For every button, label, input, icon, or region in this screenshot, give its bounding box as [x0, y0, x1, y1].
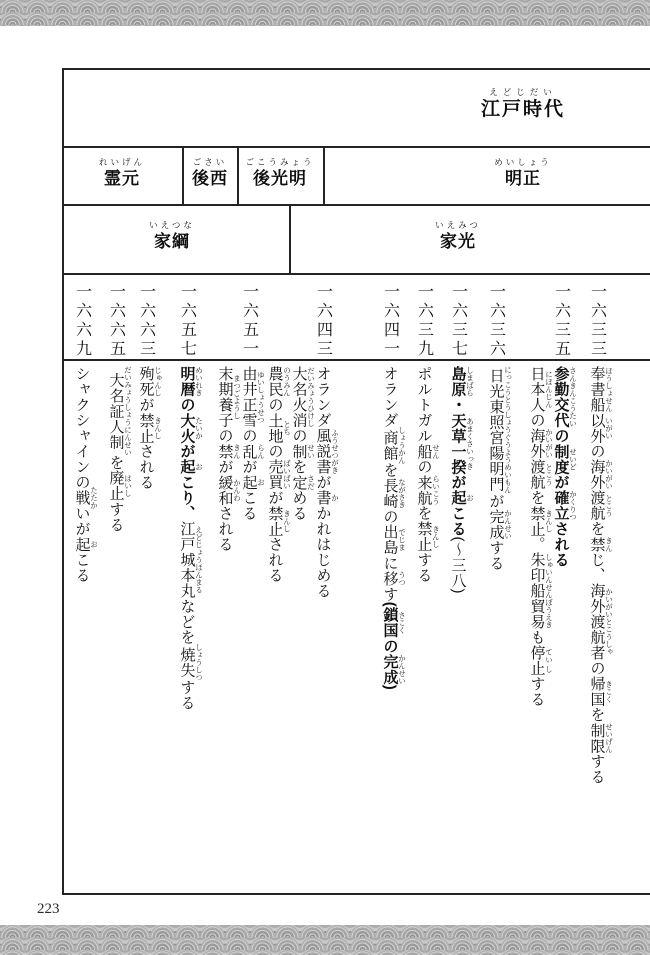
event-text-ruby: 廃止はいし: [108, 470, 125, 501]
emperor-label: 後光明: [253, 170, 307, 187]
timeline-entry: 一六三三奉書船ほうしょせん以外いがいの海外かいがい渡航とこうを禁きんじ、海外渡航…: [589, 278, 613, 890]
emperor-label: 明正: [505, 170, 541, 187]
event-text-ruby: 制度せいど: [553, 444, 570, 475]
event-text-ruby: 商館しょうかん: [382, 428, 399, 462]
event-text: こる: [241, 490, 258, 521]
event-text-ruby: 禁きん: [589, 537, 606, 553]
shogun-label: 家光: [440, 233, 476, 250]
event-text-ruby: 天草一揆あまくさいっき: [450, 413, 467, 475]
event-text-ruby: 売買ばいばい: [267, 459, 284, 490]
event-text: する: [108, 501, 125, 532]
event-text-ruby: 江戸城本丸えどじょうほんまる: [179, 521, 196, 599]
event-text-ruby: 渡航とこう: [529, 459, 546, 490]
emperor-divider-1: [182, 146, 184, 206]
event-text: する: [589, 754, 606, 785]
table-left-border: [62, 68, 64, 895]
event-text-ruby: 鎖国さこく: [382, 607, 399, 638]
event-text: する: [416, 552, 433, 583]
shogun-furigana: いえつな: [149, 221, 195, 230]
event-text: の: [416, 459, 433, 475]
event-text-ruby: 参勤交代さんきんこうたい: [553, 366, 570, 428]
emperor-divider-3: [323, 146, 325, 206]
emperor-furigana: めいしょう: [494, 158, 552, 167]
event-text-ruby: 帰国きこく: [589, 676, 606, 707]
event-text: する: [529, 676, 546, 707]
event-text: が: [450, 475, 467, 491]
year-label: 一六五七: [175, 278, 199, 366]
event-text-ruby: 長崎ながさき: [382, 478, 399, 509]
event-text: の: [291, 428, 308, 444]
event-text-ruby: 禁止きんし: [529, 506, 546, 537]
event-text: が: [315, 475, 332, 491]
event-text-ruby: 海外かいがい: [529, 428, 546, 459]
timeline-entry: 一六五一由井正雪ゆいしょうせつの乱らんが起おこる末期養子まつごようしの禁きんが緩…: [217, 278, 265, 890]
event-text: される: [138, 444, 155, 491]
year-label: 一六六九: [70, 278, 94, 366]
event-text-ruby: 起お: [179, 459, 196, 475]
event-text-ruby: 農民のうみん: [267, 366, 284, 397]
event-text: じ、: [589, 552, 606, 583]
event-text: を: [589, 707, 606, 723]
bottom-pattern-band: [0, 925, 650, 955]
event-text-ruby: 起お: [241, 475, 258, 491]
event-text: する: [488, 540, 505, 571]
top-pattern-band: [0, 0, 650, 26]
event-text-ruby: 書か: [315, 490, 332, 506]
event-text: などを: [179, 599, 196, 646]
event-text: される: [267, 537, 284, 584]
event-line: 一六六五大名証人制だいみょうしょうにんせいを廃止はいしする: [108, 278, 132, 890]
event-line: 一六四一オランダ商館しょうかんを長崎ながさきの出島でじまに移うつす(鎖国さこくの…: [382, 278, 406, 890]
event-line: 一六三六日光東照宮陽明門にっこうとうしょうぐうようめいもんが完成かんせいする: [488, 278, 512, 890]
event-text-ruby: 明暦めいれき: [179, 366, 196, 397]
event-text-ruby: 海外かいがい: [589, 459, 606, 490]
event-text: の: [179, 397, 196, 413]
event-text: が: [267, 490, 284, 506]
event-text: かれはじめる: [315, 506, 332, 599]
event-text: の: [589, 661, 606, 677]
period-furigana: えどじだい: [489, 88, 557, 97]
event-text: オランダ: [382, 366, 399, 428]
event-text: が: [553, 475, 570, 491]
timeline-entry: 一六四一オランダ商館しょうかんを長崎ながさきの出島でじまに移うつす(鎖国さこくの…: [382, 278, 406, 890]
event-text: こり、: [179, 475, 196, 522]
row-divider-emperor-shogun: [62, 204, 650, 206]
event-text: こる: [74, 552, 91, 583]
event-text: が: [241, 459, 258, 475]
period-label: 江戸時代: [481, 100, 565, 119]
row-divider-period-emperor: [62, 146, 650, 148]
event-text-ruby: 確立かくりつ: [553, 490, 570, 521]
year-label: 一六六三: [134, 278, 158, 366]
table-top-border: [62, 68, 650, 70]
event-text: される: [217, 506, 234, 553]
shogun-cell-ietsuna: いえつな 家綱: [149, 221, 195, 250]
event-line: 日本人にほんじんの海外かいがい渡航とこうを禁止きんし。朱印船貿易しゅいんせんぼう…: [529, 278, 553, 890]
event-text-ruby: 日本人にほんじん: [529, 366, 546, 413]
event-text-ruby: 朱印船貿易しゅいんせんぼうえき: [529, 552, 546, 630]
event-text: が: [488, 493, 505, 509]
event-text: を: [416, 506, 433, 522]
event-text-ruby: 停止てい し: [529, 645, 546, 676]
timeline-entry: 一六六九シャクシャインの戦たたかいが起おこる: [74, 278, 98, 890]
event-text-ruby: 制せい: [291, 444, 308, 460]
emperor-furigana: ごさい: [193, 158, 228, 167]
timeline-entry: 一六三六日光東照宮陽明門にっこうとうしょうぐうようめいもんが完成かんせいする: [488, 278, 512, 890]
event-line: 一六三七島原しまばら・天草一揆あまくさいっきが起おこる(〜三八): [450, 278, 474, 890]
event-text: こる: [450, 506, 467, 537]
event-line: 一六三五参勤交代さんきんこうたいの制度せいどが確立かくりつされる: [553, 278, 577, 890]
event-text-ruby: 禁きん: [217, 444, 234, 460]
timeline-entry: 一六五七明暦めいれきの大火たいかが起おこり、江戸城本丸えどじょうほんまるなどを焼…: [179, 278, 203, 890]
event-text: の: [553, 428, 570, 444]
emperor-cell-reigen: れいげん 霊元: [99, 158, 145, 187]
event-line: 一六三三奉書船ほうしょせん以外いがいの海外かいがい渡航とこうを禁きんじ、海外渡航…: [589, 278, 613, 890]
event-line: 一六五一由井正雪ゆいしょうせつの乱らんが起おこる: [241, 278, 265, 890]
event-text-ruby: 風説書ふうせつがき: [315, 428, 332, 475]
event-text: する: [179, 679, 196, 710]
event-text-ruby: 海外渡航者かいがいとこうしゃ: [589, 583, 606, 661]
event-text-ruby: 大火たいか: [179, 413, 196, 444]
event-text: オランダ: [315, 366, 332, 428]
event-text-ruby: 移うつ: [382, 571, 399, 587]
event-line: 末期養子まつごようしの禁きんが緩和かんわされる: [217, 278, 241, 890]
year-label: 一六五一: [237, 278, 261, 366]
shogun-label: 家綱: [154, 233, 190, 250]
year-label: 一六四三: [311, 278, 335, 366]
event-text-ruby: 戦たたか: [74, 490, 91, 506]
emperor-furigana: ごこうみょう: [245, 158, 314, 167]
event-text-ruby: 起お: [74, 537, 91, 553]
event-text-ruby: 末期養子まつごようし: [217, 366, 234, 428]
event-text: が: [217, 459, 234, 475]
year-label: 一六三六: [484, 278, 508, 366]
event-text: を: [108, 455, 125, 471]
event-text-ruby: 乱らん: [241, 444, 258, 460]
event-text-ruby: 大名証人制だいみょうしょうにんせい: [108, 366, 125, 455]
timeline-entry: 一六三七島原しまばら・天草一揆あまくさいっきが起おこる(〜三八): [450, 278, 474, 890]
event-text-ruby: 定さだ: [291, 475, 308, 491]
timeline-entry: 一六三九ポルトガル船せんの来航らいこうを禁止きんしする: [416, 278, 440, 890]
event-text: に: [382, 555, 399, 571]
event-text-ruby: 完成かんせい: [382, 654, 399, 685]
event-line: 一六六九シャクシャインの戦たたかいが起おこる: [74, 278, 98, 890]
event-text: の: [267, 444, 284, 460]
event-line: 一六三九ポルトガル船せんの来航らいこうを禁止きんしする: [416, 278, 440, 890]
emperor-label: 霊元: [104, 170, 140, 187]
event-text: の: [382, 509, 399, 525]
event-text-ruby: 焼失しょうしつ: [179, 645, 196, 679]
event-text-ruby: 制限せいげん: [589, 723, 606, 754]
event-text: が: [138, 397, 155, 413]
event-text-ruby: 禁止きんし: [267, 506, 284, 537]
event-text: を: [291, 459, 308, 475]
event-text-ruby: 日光東照宮陽明門にっこうとうしょうぐうようめいもん: [488, 366, 505, 493]
event-text-ruby: 大名火消だいみょうひけし: [291, 366, 308, 428]
event-text-ruby: 来航らいこう: [416, 475, 433, 506]
textbook-page: えどじだい 江戸時代 れいげん 霊元 ごさい 後西 ごこうみょう 後光明 めいし…: [0, 0, 650, 955]
event-text: ): [382, 685, 399, 691]
event-text-ruby: 土地とち: [267, 413, 284, 444]
event-text: を: [589, 521, 606, 537]
event-text: を: [382, 462, 399, 478]
year-label: 一六三七: [446, 278, 470, 366]
event-text: される: [553, 521, 570, 568]
row-divider-shogun-years: [62, 273, 650, 275]
table-bottom-border: [62, 893, 650, 895]
event-line: 一六四三オランダ風説書ふうせつがきが書かかれはじめる: [315, 278, 339, 890]
event-text: が: [179, 444, 196, 460]
event-text: の: [382, 638, 399, 654]
year-label: 一六三五: [549, 278, 573, 366]
emperor-cell-gosai: ごさい 後西: [192, 158, 228, 187]
shogun-cell-iemitsu: いえみつ 家光: [435, 221, 481, 250]
event-text: を: [529, 490, 546, 506]
period-header: えどじだい 江戸時代: [481, 88, 565, 119]
event-text: も: [529, 630, 546, 646]
page-number: 223: [37, 901, 60, 918]
year-label: 一六三三: [585, 278, 609, 366]
event-text-ruby: 完成かんせい: [488, 509, 505, 540]
emperor-cell-meisho: めいしょう 明正: [494, 158, 552, 187]
event-line: 一六六三殉死じゅんしが禁止きんしされる: [138, 278, 162, 890]
year-label: 一六三九: [412, 278, 436, 366]
shogun-divider: [289, 204, 291, 275]
event-text-ruby: 渡航とこう: [589, 490, 606, 521]
emperor-furigana: れいげん: [99, 158, 145, 167]
timeline-entry: 一六六五大名証人制だいみょうしょうにんせいを廃止はいしする: [108, 278, 132, 890]
event-text-ruby: 出島でじま: [382, 524, 399, 555]
emperor-divider-2: [237, 146, 239, 206]
event-text: ポルトガル: [416, 366, 433, 444]
event-text: の: [217, 428, 234, 444]
year-label: 一六六五: [104, 278, 128, 366]
event-text-ruby: 島原しまばら: [450, 366, 467, 397]
event-text: シャクシャインの: [74, 366, 91, 490]
event-text-ruby: 緩和かんわ: [217, 475, 234, 506]
event-text-ruby: 以外いがい: [589, 413, 606, 444]
event-text: の: [529, 413, 546, 429]
timeline-entry: 一六三五参勤交代さんきんこうたいの制度せいどが確立かくりつされる日本人にほんじん…: [529, 278, 577, 890]
event-text: の: [589, 444, 606, 460]
event-text-ruby: 奉書船ほうしょせん: [589, 366, 606, 413]
event-line: 農民のうみんの土地とちの売買ばいばいが禁止きんしされる: [267, 278, 291, 890]
event-text-ruby: 殉死じゅんし: [138, 366, 155, 397]
event-text-ruby: 起お: [450, 490, 467, 506]
event-text: の: [267, 397, 284, 413]
event-text: める: [291, 490, 308, 521]
event-text-ruby: 禁止きんし: [416, 521, 433, 552]
timeline-entry: 一六六三殉死じゅんしが禁止きんしされる: [138, 278, 162, 890]
shogun-furigana: いえみつ: [435, 221, 481, 230]
event-text: ・: [450, 397, 467, 413]
event-text-ruby: 禁止きんし: [138, 413, 155, 444]
event-text: す: [382, 586, 399, 602]
year-label: 一六四一: [378, 278, 402, 366]
emperor-cell-gokomyo: ごこうみょう 後光明: [245, 158, 314, 187]
event-text: いが: [74, 506, 91, 537]
event-text: 。: [529, 537, 546, 553]
timeline-entry: 一六四三オランダ風説書ふうせつがきが書かかれはじめる大名火消だいみょうひけしの制…: [267, 278, 339, 890]
event-text-ruby: 船せん: [416, 444, 433, 460]
event-text: の: [241, 428, 258, 444]
event-text-ruby: 由井正雪ゆいしょうせつ: [241, 366, 258, 428]
event-text: (〜三八): [450, 537, 467, 595]
event-line: 一六五七明暦めいれきの大火たいかが起おこり、江戸城本丸えどじょうほんまるなどを焼…: [179, 278, 203, 890]
emperor-label: 後西: [192, 170, 228, 187]
